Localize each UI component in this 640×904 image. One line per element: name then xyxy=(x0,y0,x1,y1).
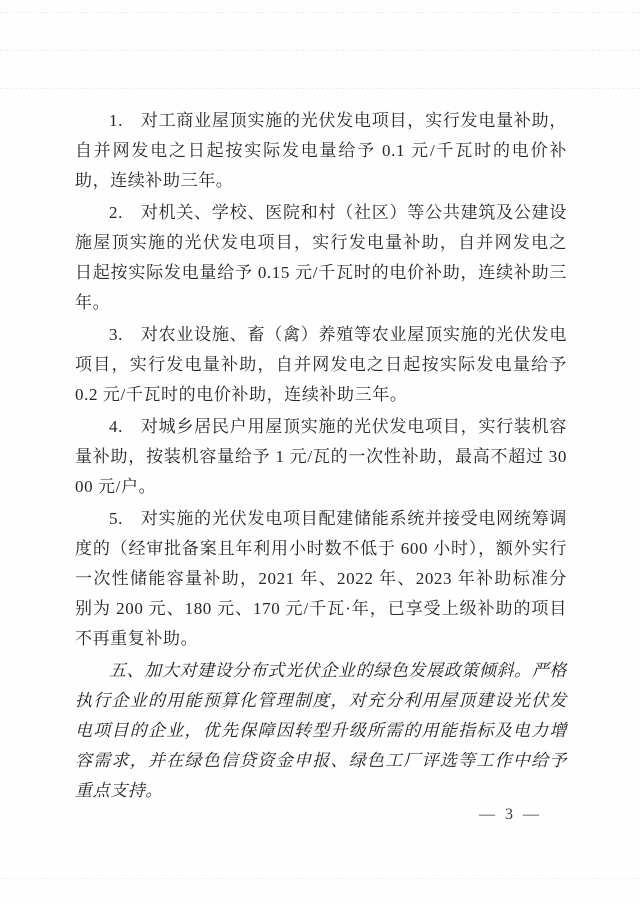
scanned-document-page: 1. 对工商业屋顶实施的光伏发电项目，实行发电量补助，自并网发电之日起按实际发电… xyxy=(0,0,640,904)
section-paragraph-5: 五、加大对建设分布式光伏企业的绿色发展政策倾斜。严格执行企业的用能预算化管理制度… xyxy=(75,656,567,806)
policy-item-3: 3. 对农业设施、畜（禽）养殖等农业屋顶实施的光伏发电项目，实行发电量补助，自并… xyxy=(75,320,567,410)
policy-item-5: 5. 对实施的光伏发电项目配建储能系统并接受电网统筹调度的（经审批备案且年利用小… xyxy=(75,504,567,654)
scan-artifact-line xyxy=(0,12,640,13)
scan-artifact-line xyxy=(0,50,640,51)
page-number: — 3 — xyxy=(479,806,542,824)
policy-item-4: 4. 对城乡居民户用屋顶实施的光伏发电项目，实行装机容量补助，按装机容量给予 1… xyxy=(75,412,567,502)
scan-artifact-line xyxy=(0,878,640,879)
policy-item-1: 1. 对工商业屋顶实施的光伏发电项目，实行发电量补助，自并网发电之日起按实际发电… xyxy=(75,106,567,196)
scan-artifact-line xyxy=(0,88,640,89)
policy-item-2: 2. 对机关、学校、医院和村（社区）等公共建筑及公建设施屋顶实施的光伏发电项目，… xyxy=(75,198,567,318)
document-body: 1. 对工商业屋顶实施的光伏发电项目，实行发电量补助，自并网发电之日起按实际发电… xyxy=(75,106,567,806)
